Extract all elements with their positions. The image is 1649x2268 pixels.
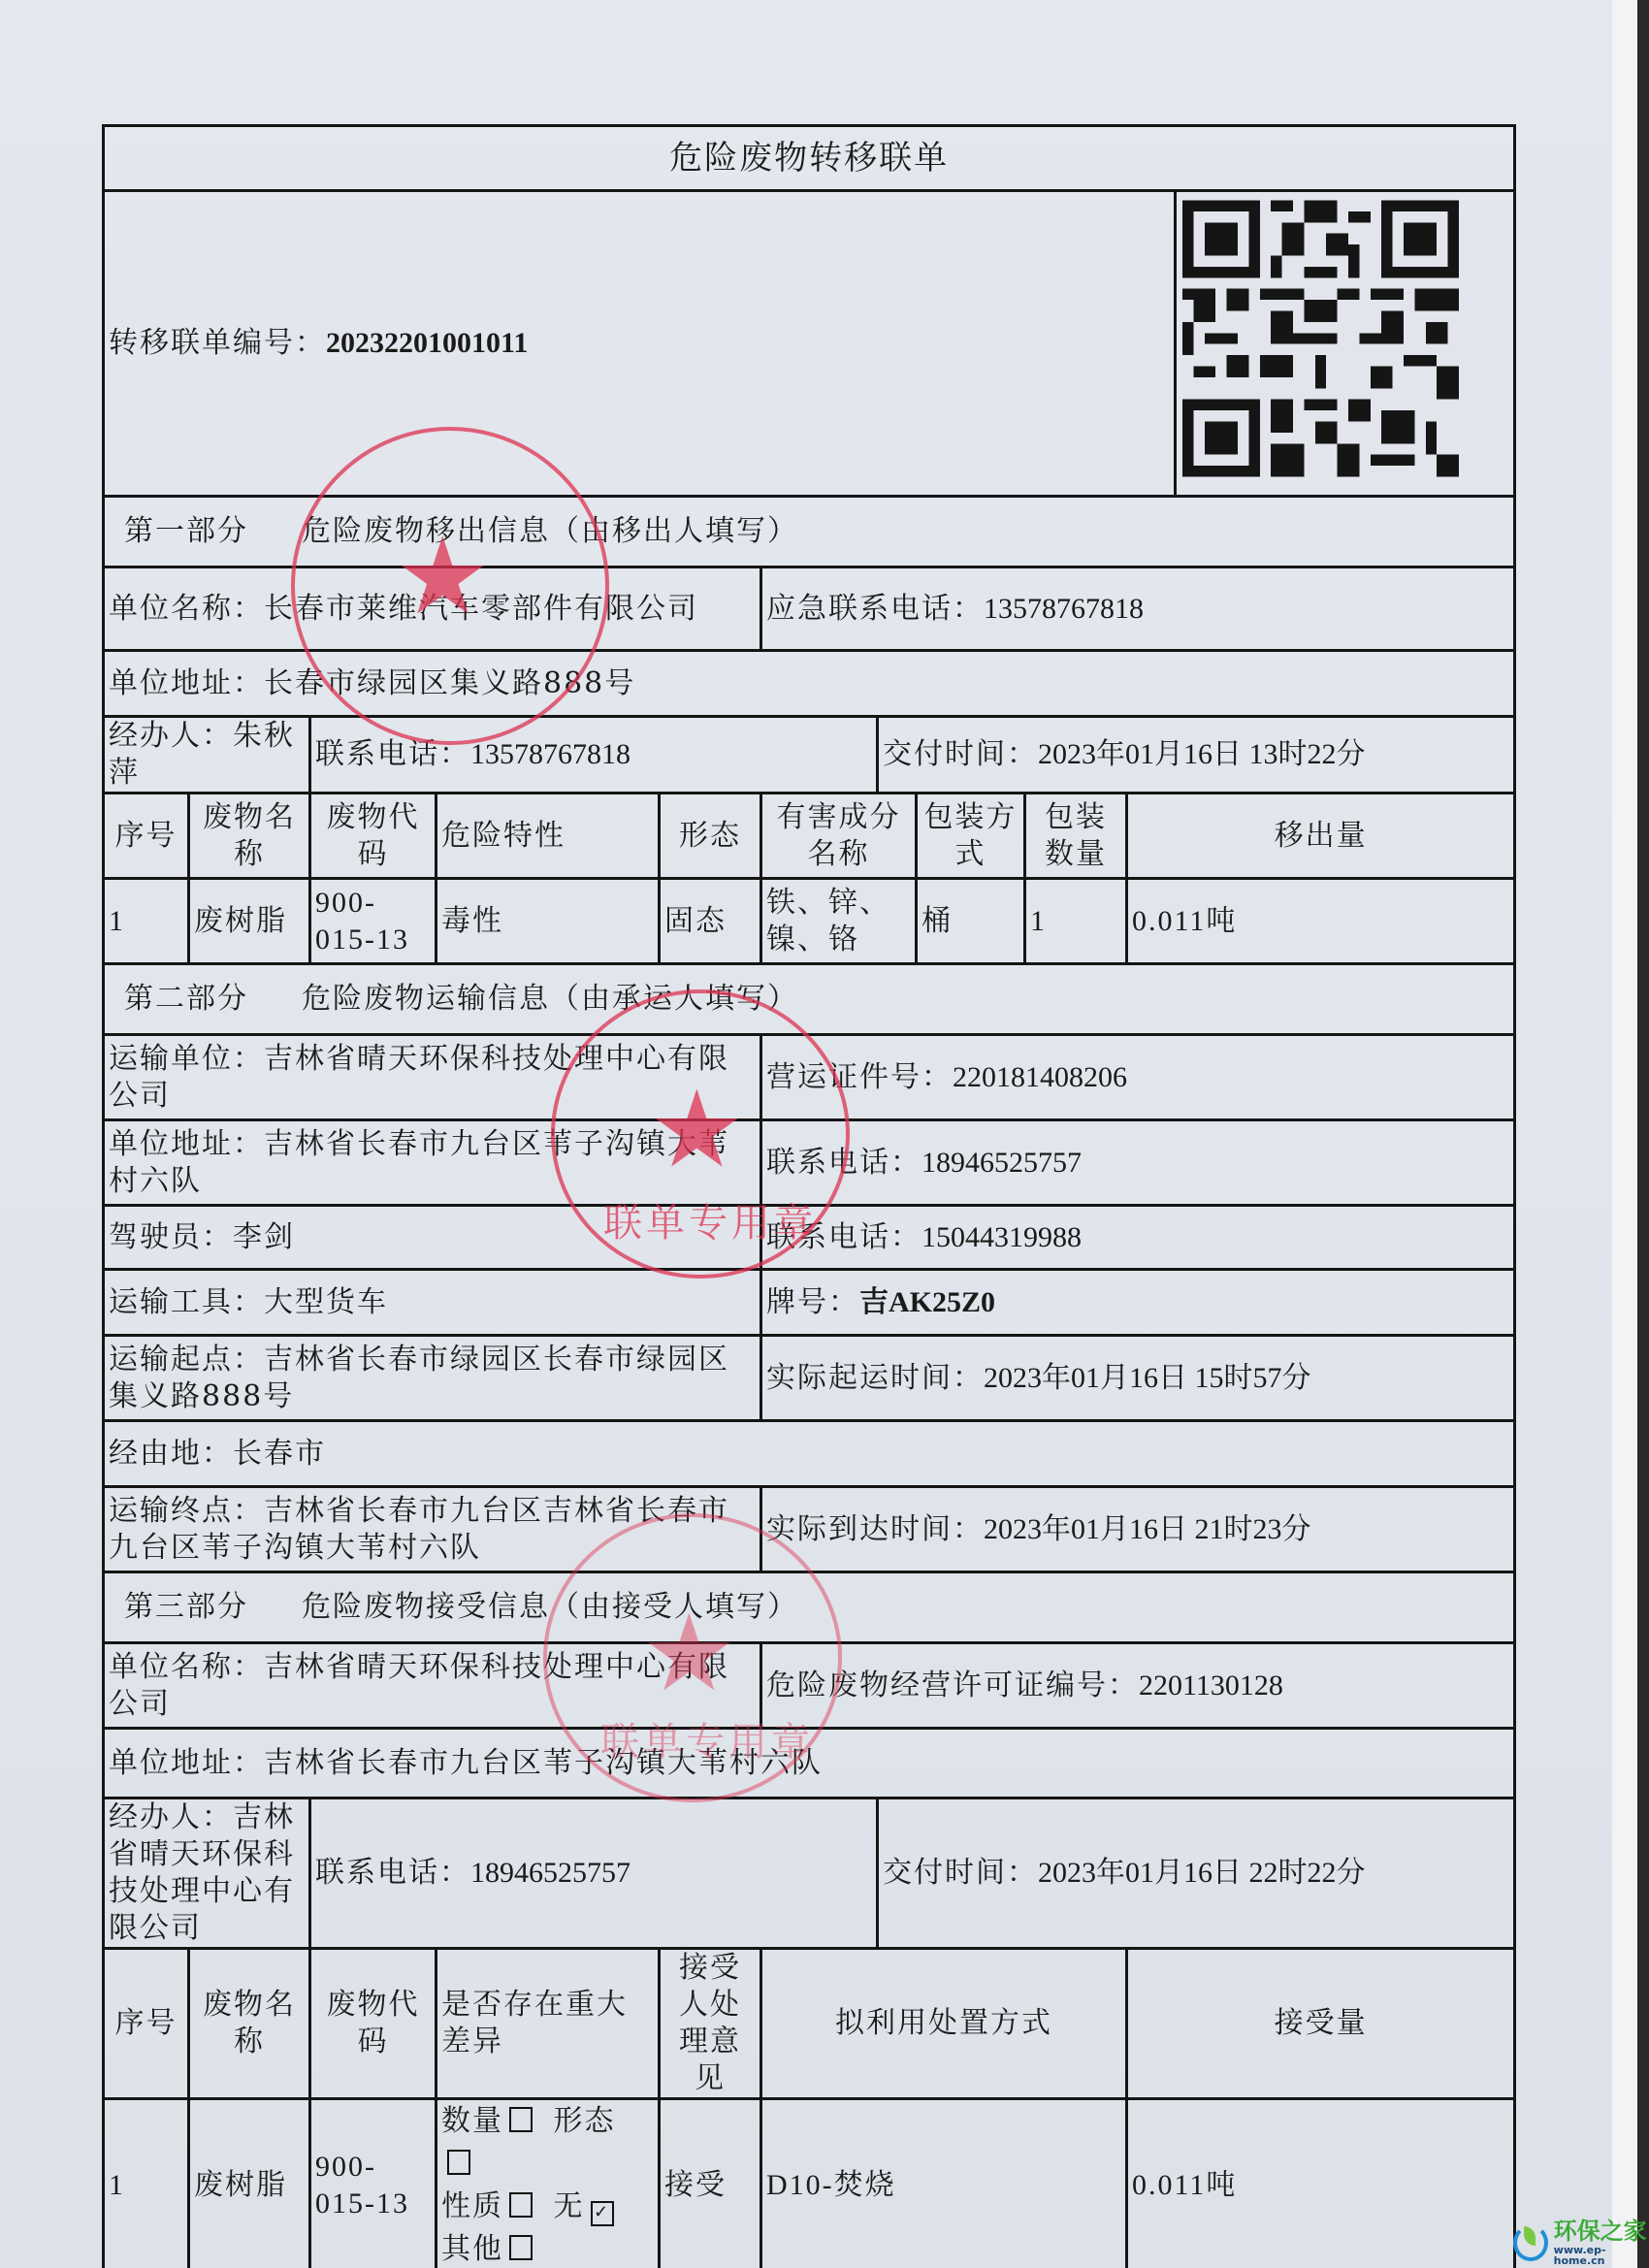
origin-cell: 运输起点：吉林省长春市绿园区长春市绿园区集义路888号 bbox=[104, 1336, 761, 1421]
driver-label: 驾驶员： bbox=[109, 1220, 233, 1254]
receiver-handover-time-cell: 交付时间：2023年01月16日 22时22分 bbox=[878, 1798, 1515, 1949]
cell-quantity: 0.011吨 bbox=[1127, 879, 1515, 964]
cell-no: 1 bbox=[104, 2099, 189, 2268]
col-header-packaging: 包装方式 bbox=[917, 794, 1025, 879]
part1-handler-cell: 经办人：朱秋萍 bbox=[104, 717, 310, 794]
part2-heading: 第二部分危险废物运输信息（由承运人填写） bbox=[104, 964, 1515, 1035]
permit-label: 危险废物经营许可证编号： bbox=[766, 1669, 1139, 1702]
discrepancy-quantity-checkbox[interactable] bbox=[509, 2107, 533, 2132]
emergency-phone-value: 13578767818 bbox=[984, 593, 1144, 625]
receiver-name-label: 单位名称： bbox=[109, 1650, 264, 1684]
col-header-form: 形态 bbox=[660, 794, 761, 879]
part1-address-cell: 单位地址：长春市绿园区集义路888号 bbox=[104, 651, 1515, 717]
handler-label: 经办人： bbox=[109, 719, 233, 753]
plate-value: 吉AK25Z0 bbox=[859, 1286, 995, 1318]
cell-package-count: 1 bbox=[1025, 879, 1127, 964]
receiver-address-cell: 单位地址：吉林省长春市九台区苇子沟镇大苇村六队 bbox=[104, 1729, 1515, 1798]
col-header-waste-code: 废物代码 bbox=[310, 794, 436, 879]
part2-title: 危险废物运输信息（由承运人填写） bbox=[302, 982, 798, 1016]
license-value: 220181408206 bbox=[953, 1061, 1127, 1093]
origin-label: 运输起点： bbox=[109, 1343, 264, 1377]
arrive-time-label: 实际到达时间： bbox=[766, 1512, 984, 1546]
receiver-phone-label: 联系电话： bbox=[315, 1856, 470, 1890]
part1-number: 第一部分 bbox=[124, 514, 248, 548]
part3-title: 危险废物接受信息（由接受人填写） bbox=[302, 1590, 798, 1624]
handover-time-label: 交付时间： bbox=[883, 737, 1038, 771]
cell-waste-name: 废树脂 bbox=[189, 2099, 310, 2268]
part3-table-header: 序号 废物名称 废物代码 是否存在重大差异 接受人处理意见 拟利用处置方式 接受… bbox=[104, 1949, 1515, 2099]
col-header-waste-name: 废物名称 bbox=[189, 1949, 310, 2099]
carrier-label: 运输单位： bbox=[109, 1042, 264, 1076]
watermark-title: 环保之家 bbox=[1554, 2219, 1649, 2243]
discrepancy-form-checkbox[interactable] bbox=[447, 2150, 470, 2175]
receiver-phone-value: 18946525757 bbox=[470, 1857, 630, 1889]
part1-unit-name-cell: 单位名称：长春市莱维汽车零部件有限公司 bbox=[104, 567, 761, 651]
part1-heading: 第一部分危险废物移出信息（由移出人填写） bbox=[104, 497, 1515, 567]
col-header-quantity: 移出量 bbox=[1127, 794, 1515, 879]
cell-packaging: 桶 bbox=[917, 879, 1025, 964]
destination-label: 运输终点： bbox=[109, 1494, 264, 1528]
part1-phone-cell: 联系电话：13578767818 bbox=[310, 717, 878, 794]
discrepancy-nature-label: 性质 bbox=[441, 2189, 503, 2223]
discrepancy-nature-checkbox[interactable] bbox=[509, 2192, 533, 2218]
carrier-address-label: 单位地址： bbox=[109, 1127, 264, 1161]
col-header-hazard: 危险特性 bbox=[436, 794, 660, 879]
part3-heading: 第三部分危险废物接受信息（由接受人填写） bbox=[104, 1572, 1515, 1643]
destination-cell: 运输终点：吉林省长春市九台区吉林省长春市九台区苇子沟镇大苇村六队 bbox=[104, 1487, 761, 1572]
cell-received-amount: 0.011吨 bbox=[1127, 2099, 1515, 2268]
manifest-number: 20232201001011 bbox=[326, 327, 528, 359]
phone-label: 联系电话： bbox=[315, 737, 470, 771]
driver-cell: 驾驶员：李剑 bbox=[104, 1206, 761, 1270]
driver-phone-value: 15044319988 bbox=[921, 1221, 1082, 1253]
col-header-package-count: 包装数量 bbox=[1025, 794, 1127, 879]
phone-value: 13578767818 bbox=[470, 738, 630, 770]
driver-phone-label: 联系电话： bbox=[766, 1220, 921, 1254]
receiver-address-value: 吉林省长春市九台区苇子沟镇大苇村六队 bbox=[264, 1746, 823, 1780]
receiver-address-label: 单位地址： bbox=[109, 1746, 264, 1780]
cell-no: 1 bbox=[104, 879, 189, 964]
col-header-no: 序号 bbox=[104, 1949, 189, 2099]
depart-time-value: 2023年01月16日 15时57分 bbox=[984, 1362, 1311, 1394]
discrepancy-form-label: 形态 bbox=[554, 2104, 616, 2138]
unit-name-value: 长春市莱维汽车零部件有限公司 bbox=[264, 592, 698, 626]
plate-label: 牌号： bbox=[766, 1285, 859, 1319]
col-header-discrepancy: 是否存在重大差异 bbox=[436, 1949, 660, 2099]
handover-time-value: 2023年01月16日 13时22分 bbox=[1038, 738, 1366, 770]
cell-hazard: 毒性 bbox=[436, 879, 660, 964]
receiver-handover-time-label: 交付时间： bbox=[883, 1856, 1038, 1890]
manifest-table: 危险废物转移联单 转移联单编号：20232201001011 bbox=[102, 124, 1516, 2268]
part1-emergency-phone-cell: 应急联系电话：13578767818 bbox=[761, 567, 1515, 651]
part1-handover-time-cell: 交付时间：2023年01月16日 13时22分 bbox=[878, 717, 1515, 794]
via-value: 长春市 bbox=[233, 1437, 326, 1471]
vehicle-label: 运输工具： bbox=[109, 1285, 264, 1319]
col-header-waste-code: 废物代码 bbox=[310, 1949, 436, 2099]
emergency-phone-label: 应急联系电话： bbox=[766, 592, 984, 626]
discrepancy-quantity-label: 数量 bbox=[441, 2104, 503, 2138]
part2-number: 第二部分 bbox=[124, 982, 248, 1016]
cell-form: 固态 bbox=[660, 879, 761, 964]
cell-waste-code: 900-015-13 bbox=[310, 2099, 436, 2268]
col-header-disposal: 拟利用处置方式 bbox=[761, 1949, 1127, 2099]
col-header-no: 序号 bbox=[104, 794, 189, 879]
arrive-time-value: 2023年01月16日 21时23分 bbox=[984, 1513, 1311, 1545]
qr-code-cell bbox=[1176, 191, 1515, 497]
vehicle-value: 大型货车 bbox=[264, 1285, 388, 1319]
driver-phone-cell: 联系电话：15044319988 bbox=[761, 1206, 1515, 1270]
qr-code-icon[interactable] bbox=[1182, 198, 1459, 479]
receiver-handover-time-value: 2023年01月16日 22时22分 bbox=[1038, 1857, 1366, 1889]
plate-cell: 牌号：吉AK25Z0 bbox=[761, 1270, 1515, 1336]
scan-border bbox=[1637, 0, 1649, 2268]
part3-table-row: 1 废树脂 900-015-13 数量 形态 性质 无✓ 其他 接受 D10-焚… bbox=[104, 2099, 1515, 2268]
depart-time-cell: 实际起运时间：2023年01月16日 15时57分 bbox=[761, 1336, 1515, 1421]
permit-cell: 危险废物经营许可证编号：2201130128 bbox=[761, 1643, 1515, 1729]
watermark-url: www.ep-home.cn bbox=[1554, 2245, 1649, 2266]
cell-waste-name: 废树脂 bbox=[189, 879, 310, 964]
part1-table-row: 1 废树脂 900-015-13 毒性 固态 铁、锌、镍、铬 桶 1 0.011… bbox=[104, 879, 1515, 964]
manifest-form: 危险废物转移联单 转移联单编号：20232201001011 bbox=[102, 124, 1513, 2268]
license-cell: 营运证件号：220181408206 bbox=[761, 1035, 1515, 1120]
discrepancy-other-checkbox[interactable] bbox=[509, 2235, 533, 2260]
license-label: 营运证件号： bbox=[766, 1060, 953, 1094]
col-header-received-amount: 接受量 bbox=[1127, 1949, 1515, 2099]
unit-name-label: 单位名称： bbox=[109, 592, 264, 626]
manifest-number-label: 转移联单编号： bbox=[109, 326, 326, 360]
receiver-handler-label: 经办人： bbox=[109, 1800, 233, 1834]
cell-opinion: 接受 bbox=[660, 2099, 761, 2268]
receiver-handler-cell: 经办人：吉林省晴天环保科技处理中心有限公司 bbox=[104, 1798, 310, 1949]
permit-value: 2201130128 bbox=[1139, 1669, 1283, 1701]
via-cell: 经由地：长春市 bbox=[104, 1421, 1515, 1487]
cell-disposal: D10-焚烧 bbox=[761, 2099, 1127, 2268]
cell-waste-code: 900-015-13 bbox=[310, 879, 436, 964]
leaf-logo-icon bbox=[1513, 2224, 1548, 2261]
receiver-phone-cell: 联系电话：18946525757 bbox=[310, 1798, 878, 1949]
discrepancy-none-checkbox[interactable]: ✓ bbox=[591, 2201, 614, 2226]
address-value: 长春市绿园区集义路888号 bbox=[264, 666, 635, 700]
scan-edge bbox=[1612, 0, 1637, 2268]
carrier-phone-cell: 联系电话：18946525757 bbox=[761, 1120, 1515, 1206]
depart-time-label: 实际起运时间： bbox=[766, 1361, 984, 1395]
arrive-time-cell: 实际到达时间：2023年01月16日 21时23分 bbox=[761, 1487, 1515, 1572]
carrier-phone-label: 联系电话： bbox=[766, 1146, 921, 1180]
manifest-number-cell: 转移联单编号：20232201001011 bbox=[104, 191, 1176, 497]
col-header-hazardous-components: 有害成分名称 bbox=[761, 794, 917, 879]
carrier-address-cell: 单位地址：吉林省长春市九台区苇子沟镇大苇村六队 bbox=[104, 1120, 761, 1206]
carrier-phone-value: 18946525757 bbox=[921, 1147, 1082, 1179]
carrier-cell: 运输单位：吉林省晴天环保科技处理中心有限公司 bbox=[104, 1035, 761, 1120]
discrepancy-none-label: 无 bbox=[554, 2189, 585, 2223]
site-watermark: 环保之家 www.ep-home.cn bbox=[1513, 2219, 1649, 2266]
col-header-waste-name: 废物名称 bbox=[189, 794, 310, 879]
form-title: 危险废物转移联单 bbox=[104, 126, 1515, 191]
part3-number: 第三部分 bbox=[124, 1590, 248, 1624]
receiver-name-cell: 单位名称：吉林省晴天环保科技处理中心有限公司 bbox=[104, 1643, 761, 1729]
part1-table-header: 序号 废物名称 废物代码 危险特性 形态 有害成分名称 包装方式 包装数量 移出… bbox=[104, 794, 1515, 879]
driver-value: 李剑 bbox=[233, 1220, 295, 1254]
cell-hazardous-components: 铁、锌、镍、铬 bbox=[761, 879, 917, 964]
vehicle-cell: 运输工具：大型货车 bbox=[104, 1270, 761, 1336]
discrepancy-other-label: 其他 bbox=[441, 2232, 503, 2266]
col-header-opinion: 接受人处理意见 bbox=[660, 1949, 761, 2099]
via-label: 经由地： bbox=[109, 1437, 233, 1471]
part1-title: 危险废物移出信息（由移出人填写） bbox=[302, 514, 798, 548]
cell-discrepancy: 数量 形态 性质 无✓ 其他 bbox=[436, 2099, 660, 2268]
address-label: 单位地址： bbox=[109, 666, 264, 700]
